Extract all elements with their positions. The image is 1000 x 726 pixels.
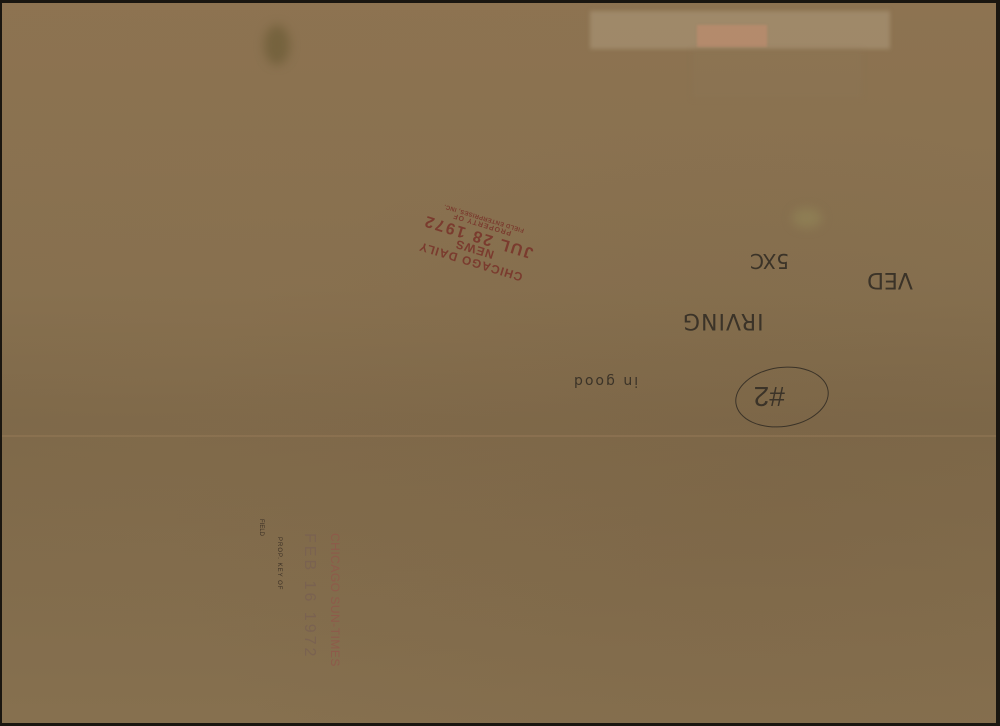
- stamp-owner-line: FIELD: [258, 519, 264, 536]
- fold-line: [2, 435, 996, 437]
- tape-residue-pink: [697, 25, 767, 47]
- stamp-title: CHICAGO SUN-TIMES: [328, 533, 342, 667]
- handwritten-number: #2: [754, 380, 785, 412]
- chicago-daily-news-stamp: CHICAGO DAILY NEWS JUL 28 1972 PROPERTY …: [397, 192, 557, 289]
- photo-back-paper: CHICAGO DAILY NEWS JUL 28 1972 PROPERTY …: [2, 3, 996, 723]
- tape-shadow: [692, 49, 862, 99]
- handwritten-name: IRVING: [682, 308, 764, 333]
- stain: [264, 25, 290, 65]
- chicago-sun-times-stamp: CHICAGO SUN-TIMES FEB 16 1972 PROP. KEY …: [242, 533, 342, 703]
- stamp-date: FEB 16 1972: [300, 533, 318, 659]
- circled-number: #2: [731, 361, 832, 433]
- stain: [792, 208, 822, 228]
- stamp-property-line: PROP. KEY OF: [276, 537, 282, 590]
- handwritten-code: 5XC: [750, 249, 789, 273]
- handwritten-ved: VED: [867, 267, 913, 292]
- handwritten-note: in good: [572, 373, 638, 389]
